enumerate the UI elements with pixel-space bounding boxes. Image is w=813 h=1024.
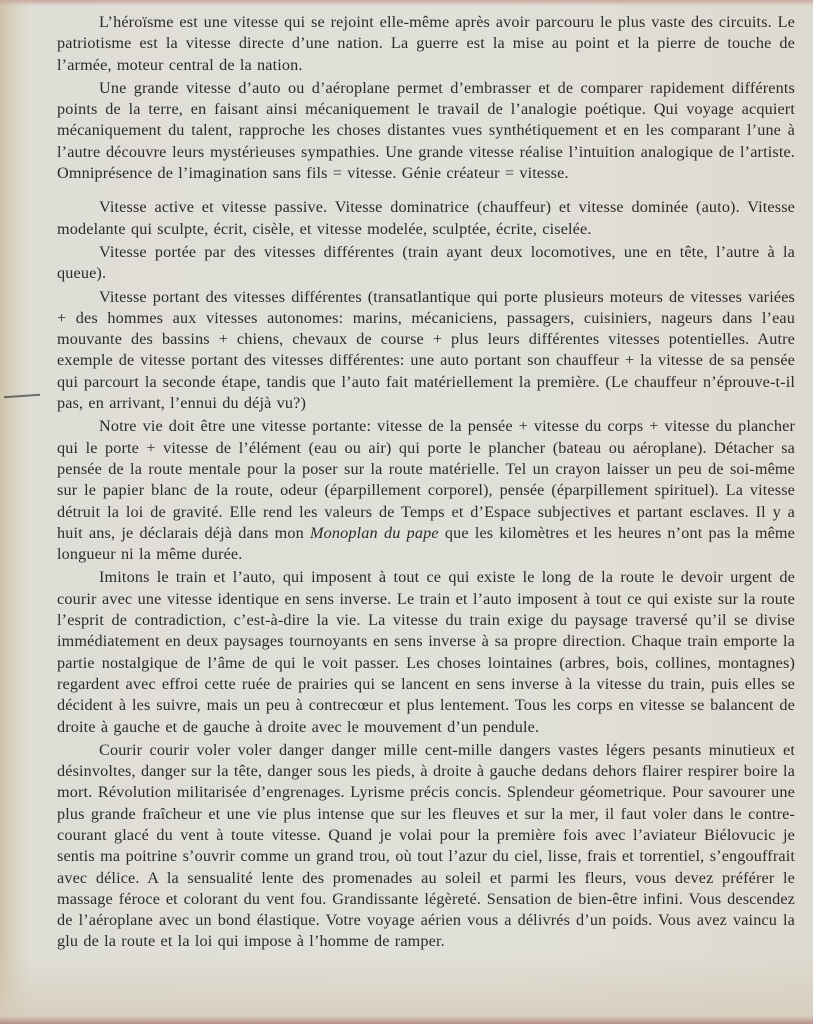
paragraph-courir-voler: Courir courir voler voler danger danger … [57, 740, 795, 953]
paragraph-carrying-speed: Vitesse portant des vitesses différentes… [57, 287, 795, 415]
margin-pencil-mark [4, 394, 40, 399]
paragraph-carried-speed: Vitesse portée par des vitesses différen… [57, 242, 795, 285]
scanned-page: L’héroïsme est une vitesse qui se rejoin… [0, 0, 813, 1024]
paragraph-active-passive-speed: Vitesse active et vitesse passive. Vites… [57, 197, 795, 240]
paragraph-speed-analogy: Une grande vitesse d’auto ou d’aéroplane… [57, 78, 795, 184]
paragraph-our-life: Notre vie doit être une vitesse portante… [57, 416, 795, 565]
page-bottom-edge [0, 1016, 813, 1024]
page-body-text: L’héroïsme est une vitesse qui se rejoin… [57, 12, 795, 953]
book-title-italic: Monoplan du pape [310, 524, 439, 542]
page-top-edge [0, 0, 813, 6]
paragraph-heroism: L’héroïsme est une vitesse qui se rejoin… [57, 12, 795, 76]
paragraph-train-auto: Imitons le train et l’auto, qui imposent… [57, 567, 795, 737]
